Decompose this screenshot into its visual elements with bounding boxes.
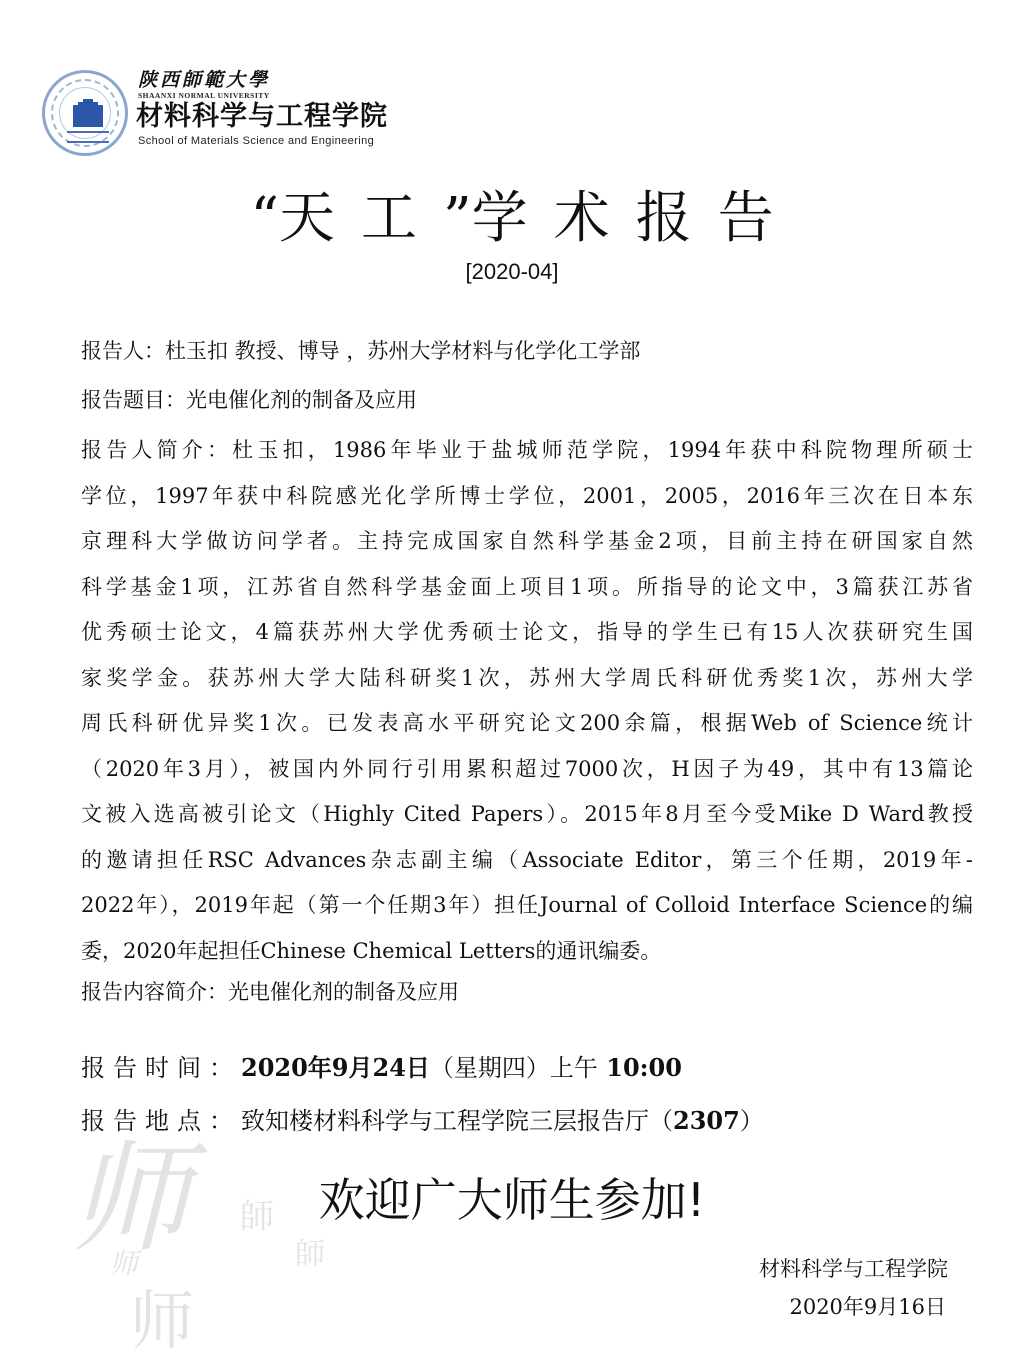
university-name-en: SHAANXI NORMAL UNIVERSITY (138, 91, 270, 100)
bio-label: 报告人简介： (81, 438, 232, 462)
school-logo: 陕西師範大學 SHAANXI NORMAL UNIVERSITY 材料科学与工程… (42, 66, 402, 158)
bio-line: 京理科大学做访问学者。主持完成国家自然科学基金2项，目前主持在研国家自然 (81, 527, 973, 573)
watermark-char: 師 (295, 1240, 325, 1270)
speaker-bio: 报告人简介：杜玉扣，1986年毕业于盐城师范学院，1994年获中科院物理所硕士 … (81, 436, 973, 982)
bio-line: 文被入选高被引论文（Highly Cited Papers）。2015年8月至今… (81, 800, 973, 846)
report-time-label: 报告时间： (81, 1054, 241, 1082)
bio-line: 家奖学金。获苏州大学大陆科研奖1次，苏州大学周氏科研优秀奖1次，苏州大学 (81, 664, 973, 710)
report-clock: 10:00 (606, 1053, 682, 1082)
report-place: 致知楼材料科学与工程学院三层报告厅 (241, 1107, 649, 1135)
content-summary-value: 光电催化剂的制备及应用 (228, 980, 459, 1004)
title-open-quote: “ (250, 186, 279, 251)
report-location-field: 报告地点：致知楼材料科学与工程学院三层报告厅（2307） (81, 1105, 764, 1137)
school-name-en: School of Materials Science and Engineer… (138, 135, 374, 148)
title-close-quote: ” (443, 186, 472, 251)
title-name: 天工 (279, 186, 443, 251)
book-emblem-icon (73, 99, 103, 127)
bio-line: 优秀硕士论文，4篇获苏州大学优秀硕士论文，指导的学生已有15人次获研究生国 (81, 618, 973, 664)
title-rest: 学术报告 (472, 186, 800, 251)
topic-label: 报告题目： (81, 388, 186, 412)
report-time-field: 报告时间：2020年9月24日（星期四）上午 10:00 (81, 1052, 682, 1084)
bio-line: （2020年3月），被国内外同行引用累积超过7000次，H因子为49，其中有13… (81, 755, 973, 801)
signature-organization: 材料科学与工程学院 (759, 1255, 948, 1283)
school-name-cn: 材料科学与工程学院 (136, 101, 388, 133)
bio-line: 的邀请担任RSC Advances杂志副主编（Associate Editor，… (81, 846, 973, 892)
report-period: 上午 (550, 1054, 598, 1082)
topic-field: 报告题目：光电催化剂的制备及应用 (81, 386, 417, 414)
bio-line: 学位，1997年获中科院感光化学所博士学位，2001，2005，2016年三次在… (81, 482, 973, 528)
speaker-label: 报告人： (81, 339, 165, 363)
report-serial-number: [2020-04] (0, 258, 1024, 286)
report-location-label: 报告地点： (81, 1107, 241, 1135)
report-room: 2307 (673, 1106, 740, 1135)
bio-line: 委，2020年起担任Chinese Chemical Letters的通讯编委。 (81, 937, 973, 983)
content-summary-field: 报告内容简介：光电催化剂的制备及应用 (81, 978, 459, 1006)
university-seal-icon (42, 70, 128, 156)
bio-line: 报告人简介：杜玉扣，1986年毕业于盐城师范学院，1994年获中科院物理所硕士 (81, 436, 973, 482)
topic-value: 光电催化剂的制备及应用 (186, 388, 417, 412)
content-summary-label: 报告内容简介： (81, 980, 228, 1004)
signature-date: 2020年9月16日 (789, 1293, 946, 1321)
page-title: “天工”学术报告 (0, 186, 1024, 252)
report-weekday: （星期四） (430, 1054, 550, 1082)
bio-line: 科学基金1项，江苏省自然科学基金面上项目1项。所指导的论文中，3篇获江苏省 (81, 573, 973, 619)
report-date: 2020年9月24日 (241, 1053, 430, 1082)
bio-line: 周氏科研优异奖1次。已发表高水平研究论文200余篇，根据Web of Scien… (81, 709, 973, 755)
university-name-cn: 陕西師範大學 (138, 70, 270, 90)
welcome-message: 欢迎广大师生参加! (0, 1172, 1024, 1228)
watermark-char: 师 (130, 1290, 194, 1354)
watermark-char: 师 (110, 1250, 138, 1278)
speaker-value: 杜玉扣 教授、博导 ，苏州大学材料与化学化工学部 (165, 339, 640, 363)
speaker-field: 报告人：杜玉扣 教授、博导 ，苏州大学材料与化学化工学部 (81, 337, 640, 365)
seal-caption (67, 131, 109, 143)
bio-line: 2022年），2019年起（第一个任期3年）担任Journal of Collo… (81, 891, 973, 937)
